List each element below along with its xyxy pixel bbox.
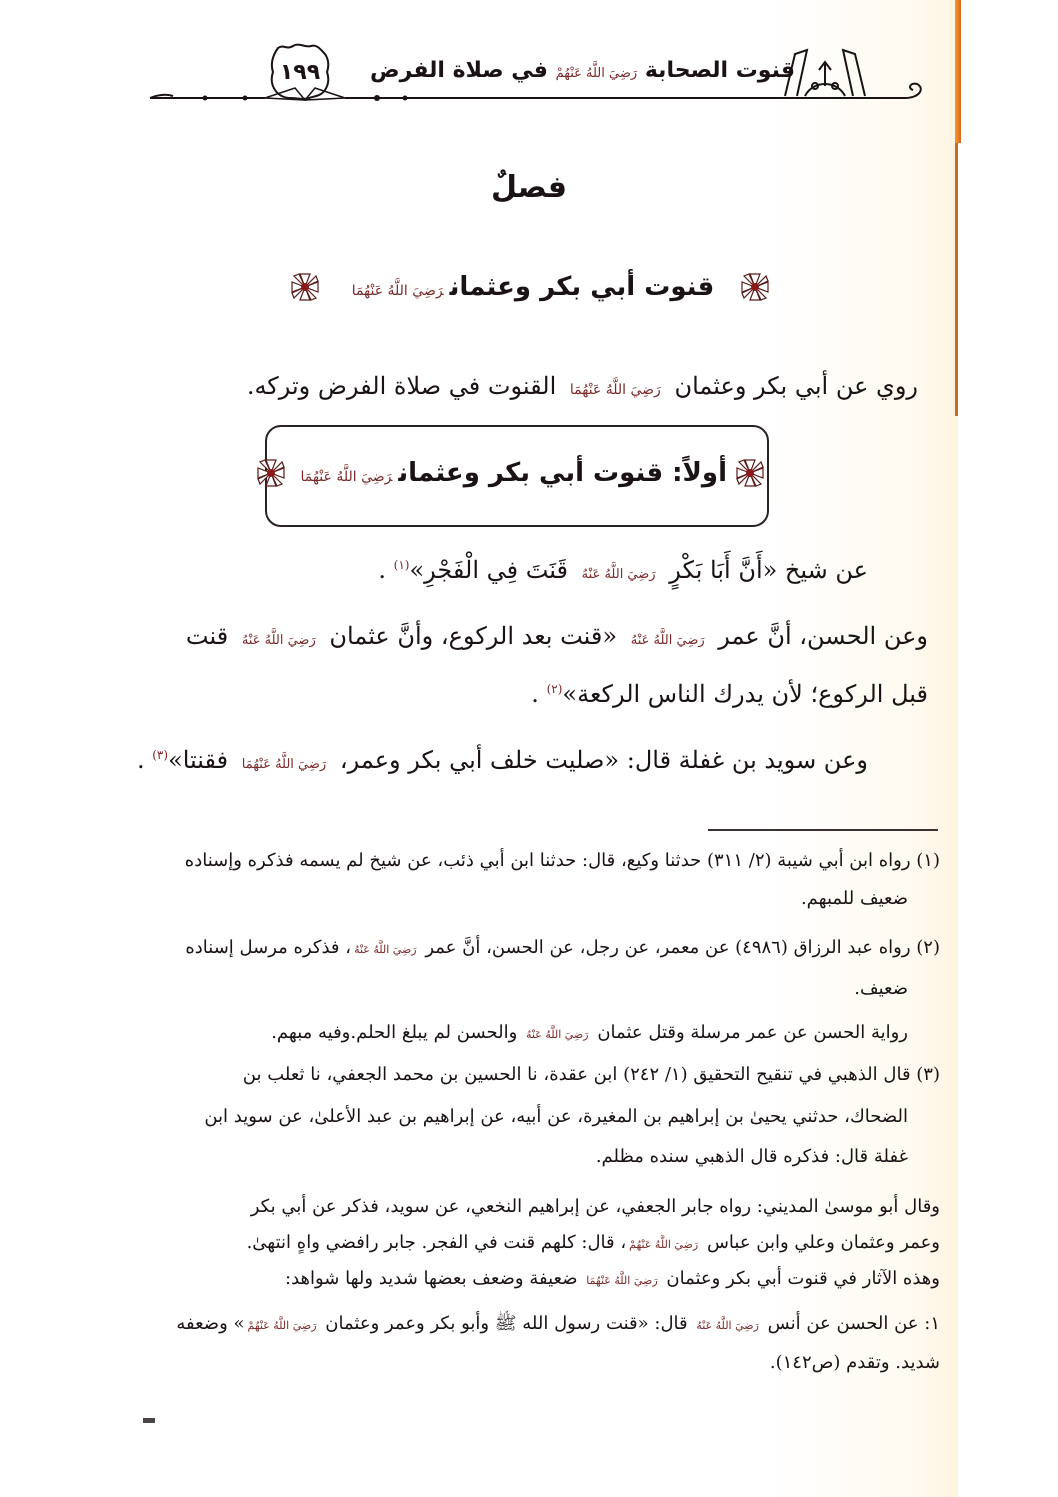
intro-paragraph: روي عن أبي بكر وعثمان رَضِيَ اللَّهُ عَن… (247, 372, 918, 400)
honorific-mark: رَضِيَ اللَّهُ عَنْهُمَا (300, 469, 392, 485)
honorific-mark: رَضِيَ اللَّهُ عَنْهُمَا (570, 382, 661, 398)
footnote-text: (٣) قال الذهبي في تنقيح التحقيق (١/ ٢٤٢)… (243, 1064, 940, 1085)
flower-ornament-icon (256, 458, 286, 488)
body-text: وعن الحسن، أنَّ عمر (718, 622, 928, 650)
body-line: وعن الحسن، أنَّ عمر رَضِيَ اللَّهُ عَنْه… (186, 622, 928, 650)
footnote-text: ، قال: كلهم قنت في الفجر. جابر رافضي واه… (247, 1232, 627, 1253)
honorific-mark: رَضِيَ اللَّهُ عَنْهُ (631, 633, 705, 648)
footnote-1: (١) رواه ابن أبي شيبة (٢/ ٣١١) حدثنا وكي… (185, 850, 940, 871)
body-text: . (378, 556, 386, 584)
honorific-mark: رَضِيَ اللَّهُ عَنْهُمْ (248, 1319, 317, 1332)
body-text: . (531, 680, 539, 708)
body-line: قبل الركوع؛ لأن يدرك الناس الركعة»(٢) . (531, 680, 928, 708)
running-title: قنوت الصحابة رَضِيَ اللَّهُ عَنْهُمْ في … (370, 58, 795, 83)
honorific-mark: رَضِيَ اللَّهُ عَنْهُ (242, 633, 316, 648)
subheading-label: أولاً: قنوت أبي بكر وعثمان (398, 458, 727, 488)
flower-ornament-icon (735, 458, 765, 488)
footnote-1-cont: ضعيف للمبهم. (801, 888, 908, 909)
running-title-tail: في صلاة الفرض (370, 58, 548, 83)
footnote-text: الضحاك، حدثني يحيىٰ بن إبراهيم بن المغير… (204, 1106, 908, 1127)
honorific-mark: رَضِيَ اللَّهُ عَنْهُمْ (556, 66, 638, 81)
section-heading: قنوت أبي بكر وعثمانرَضِيَ اللَّهُ عَنْهُ… (290, 264, 770, 310)
footnote-text: غفلة قال: فذكره قال الذهبي سنده مظلم. (596, 1146, 908, 1167)
heading-label: قنوت أبي بكر وعثمان (450, 272, 715, 302)
honorific-mark: رَضِيَ اللَّهُ عَنْهُ (526, 1028, 589, 1041)
honorific-mark: رَضِيَ اللَّهُ عَنْهُ (582, 567, 656, 582)
footnote-2-note: رواية الحسن عن عمر مرسلة وقتل عثمان رَضِ… (271, 1022, 908, 1043)
footnote-divider (708, 829, 938, 831)
body-text: عن شيخ «أَنَّ أَبَا بَكْرٍ (669, 556, 868, 584)
flower-ornament-icon (290, 272, 320, 302)
footnote-text: وعمر وعثمان وعلي وابن عباس (707, 1232, 940, 1253)
footnote-text: رواية الحسن عن عمر مرسلة وقتل عثمان (597, 1022, 908, 1043)
footnote-3-cont: غفلة قال: فذكره قال الذهبي سنده مظلم. (596, 1146, 908, 1167)
footnote-3-cont: ١: عن الحسن عن أنس رَضِيَ اللَّهُ عَنْهُ… (176, 1312, 940, 1338)
footnote-3-cont: وهذه الآثار في قنوت أبي بكر وعثمان رَضِي… (285, 1268, 940, 1289)
footnote-text: شديد. وتقدم (ص١٤٢). (770, 1352, 940, 1373)
intro-text: روي عن أبي بكر وعثمان (674, 372, 918, 400)
footnote-3-cont: شديد. وتقدم (ص١٤٢). (770, 1352, 940, 1373)
footnote-2-cont: ضعيف. (854, 978, 908, 999)
subheading: أولاً: قنوت أبي بكر وعثمانرَضِيَ اللَّهُ… (275, 450, 765, 496)
body-line: عن شيخ «أَنَّ أَبَا بَكْرٍ رَضِيَ اللَّه… (378, 556, 868, 584)
intro-text: القنوت في صلاة الفرض وتركه. (247, 372, 556, 400)
footnote-text: ، فذكره مرسل إسناده (185, 937, 351, 958)
body-text: وعن سويد بن غفلة قال: «صليت خلف أبي بكر … (340, 746, 868, 774)
footnote-text: وهذه الآثار في قنوت أبي بكر وعثمان (666, 1268, 940, 1289)
honorific-mark: رَضِيَ اللَّهُ عَنْهُمَا (586, 1274, 657, 1287)
footnote-3-cont: وقال أبو موسىٰ المديني: رواه جابر الجعفي… (251, 1196, 940, 1217)
honorific-mark: رَضِيَ اللَّهُ عَنْهُ (354, 943, 417, 956)
footnote-text: » وضعفه (176, 1313, 244, 1334)
honorific-mark: رَضِيَ اللَّهُ عَنْهُمَا (352, 283, 444, 299)
body-text: قبل الركوع؛ لأن يدرك الناس الركعة» (562, 680, 928, 708)
honorific-mark: رَضِيَ اللَّهُ عَنْهُمْ (629, 1238, 698, 1251)
honorific-mark: رَضِيَ اللَّهُ عَنْهُ (696, 1319, 759, 1332)
footnote-text: ضعيف. (854, 978, 908, 999)
footnote-text: قال: «قنت رسول الله ﷺ وأبو بكر وعمر وعثم… (325, 1313, 687, 1334)
footnote-2: (٢) رواه عبد الرزاق (٤٩٨٦) عن معمر، عن ر… (185, 937, 940, 958)
page-mark (143, 1418, 155, 1423)
page-number: ١٩٩ (272, 60, 328, 85)
footnote-text: وقال أبو موسىٰ المديني: رواه جابر الجعفي… (251, 1196, 940, 1217)
footnote-ref[interactable]: (١) (394, 558, 410, 572)
page-header: ١٩٩ قنوت الصحابة رَضِيَ اللَّهُ عَنْهُمْ… (145, 40, 935, 110)
footnote-text: (١) رواه ابن أبي شيبة (٢/ ٣١١) حدثنا وكي… (185, 850, 940, 871)
footnote-text: (٢) رواه عبد الرزاق (٤٩٨٦) عن معمر، عن ر… (425, 937, 940, 958)
body-text: قَنَتَ فِي الْفَجْرِ» (409, 556, 568, 584)
subheading-text: أولاً: قنوت أبي بكر وعثمانرَضِيَ اللَّهُ… (286, 458, 735, 488)
scan-margin (961, 0, 1058, 1497)
footnote-3-cont: وعمر وعثمان وعلي وابن عباس رَضِيَ اللَّه… (247, 1232, 940, 1253)
body-text: فقنتا» (168, 746, 228, 774)
footnote-text: ١: عن الحسن عن أنس (768, 1313, 940, 1334)
footnote-3-cont: الضحاك، حدثني يحيىٰ بن إبراهيم بن المغير… (204, 1106, 908, 1127)
footnote-ref[interactable]: (٣) (152, 748, 168, 762)
section-title: فصلٌ (0, 170, 1058, 205)
body-text: «قنت بعد الركوع، وأنَّ عثمان (329, 622, 617, 650)
flower-ornament-icon (740, 272, 770, 302)
section-heading-text: قنوت أبي بكر وعثمانرَضِيَ اللَّهُ عَنْهُ… (346, 272, 715, 302)
running-title-main: قنوت الصحابة (645, 58, 795, 83)
footnote-text: ضعيف للمبهم. (801, 888, 908, 909)
footnote-text: ضعيفة وضعف بعضها شديد ولها شواهد: (285, 1268, 577, 1289)
body-text: قنت (186, 622, 228, 650)
body-text: . (137, 746, 145, 774)
body-line: وعن سويد بن غفلة قال: «صليت خلف أبي بكر … (137, 746, 868, 774)
footnote-3: (٣) قال الذهبي في تنقيح التحقيق (١/ ٢٤٢)… (243, 1064, 940, 1085)
honorific-mark: رَضِيَ اللَّهُ عَنْهُمَا (242, 757, 326, 772)
footnote-text: والحسن لم يبلغ الحلم.وفيه مبهم. (271, 1022, 517, 1043)
footnote-ref[interactable]: (٢) (547, 682, 563, 696)
